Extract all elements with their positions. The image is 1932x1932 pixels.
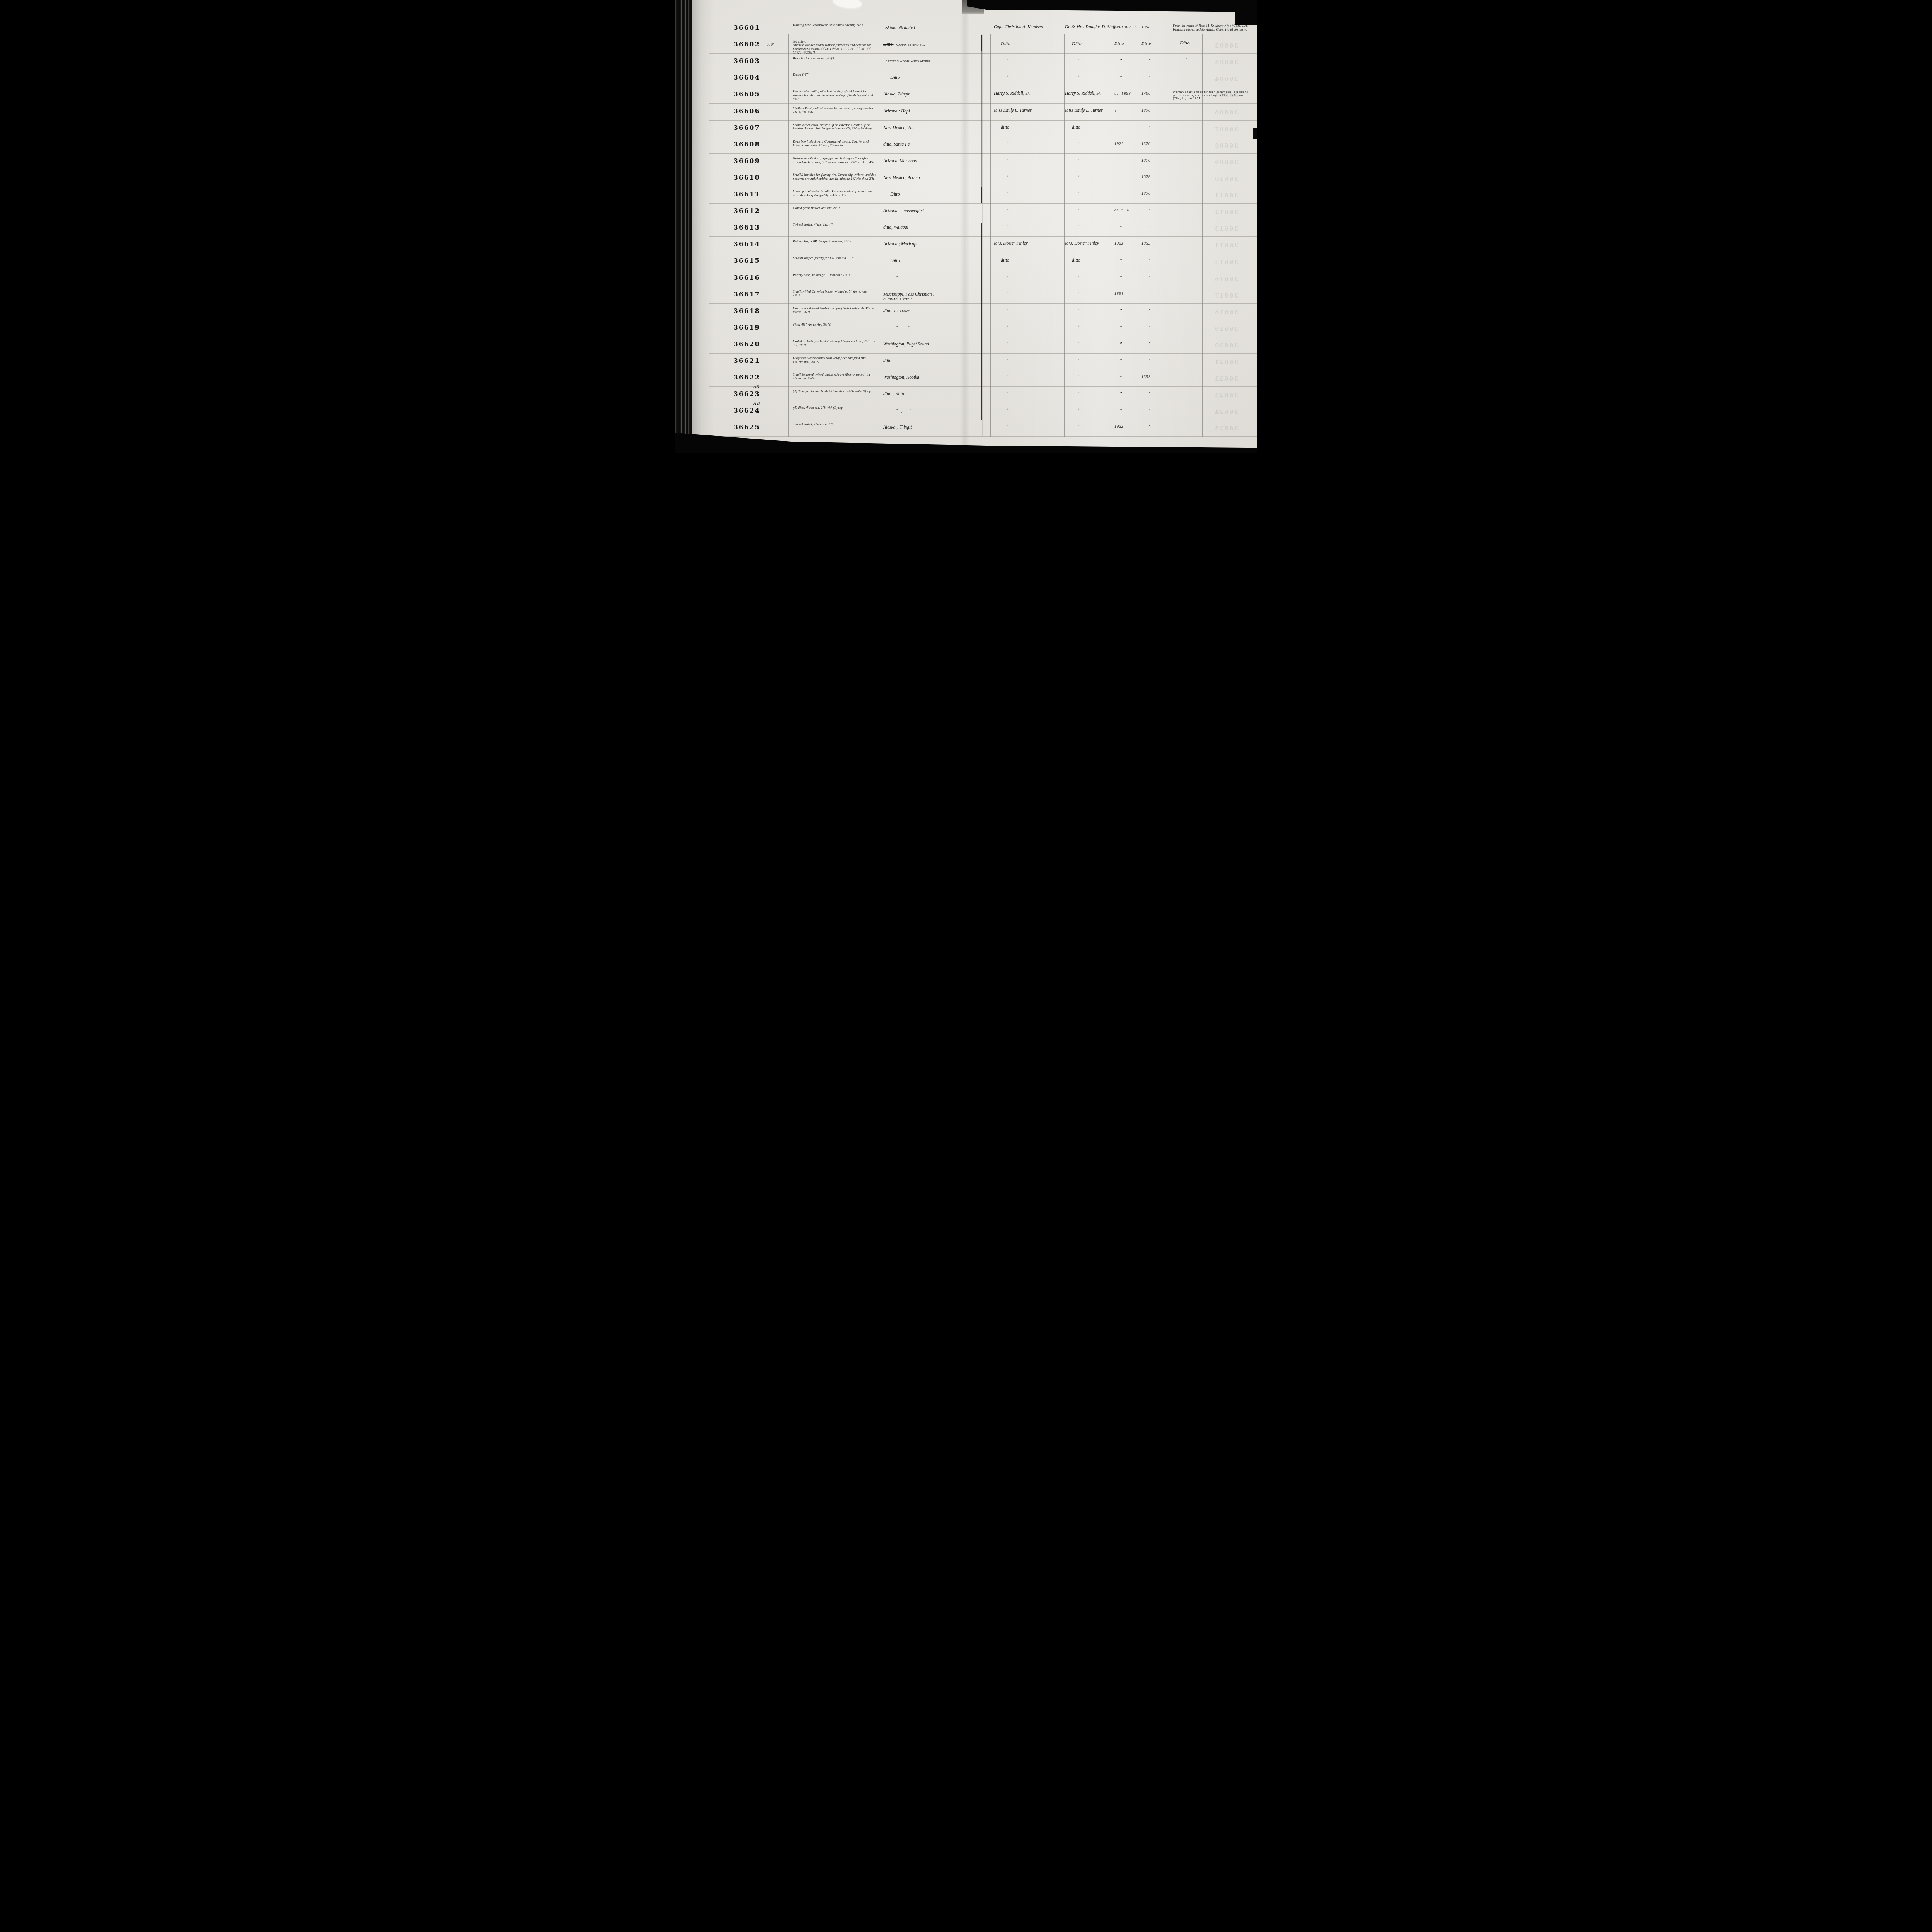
collector-cell: Harry S. Riddell, Sr.	[994, 91, 1062, 96]
description-text: Twined basket, 4"rim dia, 4"h	[793, 223, 876, 227]
origin-line: Alaska, Tlingit	[883, 90, 987, 97]
description-text: Deep bowl, blackware Constructed mouth, …	[793, 140, 876, 148]
accession-number-cell: ″	[1141, 258, 1175, 263]
description-cell: Shallow oval bowl, brown slip on exterio…	[793, 123, 876, 131]
date-cell: ″	[1114, 75, 1144, 80]
origin-cell: ditto, Walapai	[883, 224, 987, 231]
collector-cell: ″	[994, 224, 1074, 230]
origin-attribution-note: KODIAK ESKIMO att.	[896, 43, 925, 46]
ghost-number: 36607	[1214, 126, 1238, 133]
remarks-cell: Ditto	[1173, 41, 1257, 46]
origin-cell: ditto , ditto	[883, 390, 987, 397]
collector-cell: ditto	[994, 258, 1069, 263]
origin-line: EASTERN WOODLANDS ATTRIB.	[883, 57, 987, 64]
row-rule-line	[709, 153, 1257, 154]
catalog-number: 36610	[733, 174, 760, 182]
date-cell: ″	[1114, 375, 1144, 380]
origin-cell: ″	[883, 274, 987, 281]
row-rule-line	[709, 53, 1257, 54]
row-rule-line	[709, 137, 1257, 137]
origin-cell: Ditto	[883, 74, 987, 81]
donor-cell: ditto	[1065, 125, 1133, 130]
ledger-page: 3660136602366033660436605366063660736608…	[692, 0, 1257, 453]
collector-cell: ″	[994, 158, 1074, 163]
ghost-number: 36622	[1214, 375, 1238, 382]
ghost-number: 36621	[1214, 359, 1238, 366]
origin-cell: Ditto KODIAK ESKIMO att.	[883, 41, 987, 48]
catalog-number: 36612	[733, 207, 760, 215]
photo-edge-notch	[1253, 128, 1257, 139]
date-cell: ″	[1114, 358, 1144, 363]
origin-line: Ditto	[883, 74, 987, 81]
ghost-number: 36606	[1214, 109, 1238, 116]
accession-number-cell: ″	[1141, 358, 1175, 363]
collector-cell: ″	[994, 58, 1074, 63]
accession-number-cell: 1376	[1141, 142, 1168, 146]
description-text: Coiled dish-shaped basket w/wavy fiber-b…	[793, 340, 876, 347]
ghost-number: 36612	[1214, 209, 1238, 216]
description-cell: (A) Wrapped twined basket 4"rim dia.; 3¾…	[793, 389, 876, 393]
description-cell: Diagonal twined basket with wavy fiber-w…	[793, 356, 876, 364]
origin-cell: ditto, Santa Fe	[883, 141, 987, 148]
origin-text: Alaska , Tlingit	[883, 425, 912, 430]
remarks-cell: ″	[1173, 74, 1257, 79]
origin-cell: ″ , ″	[883, 407, 987, 414]
remarks-cell: ″	[1173, 57, 1257, 62]
row-rule-line	[709, 270, 1257, 270]
collector-cell: ″	[994, 275, 1074, 280]
accession-number-cell: 1376	[1141, 192, 1168, 196]
date-cell: ″	[1114, 391, 1144, 396]
ghost-number: 36613	[1214, 225, 1238, 232]
date-cell: 1923	[1114, 241, 1138, 246]
origin-line: ditto, Walapai	[883, 224, 987, 231]
origin-line: Ditto	[883, 257, 987, 264]
description-cell: Narrow mouthed jar, squiggle hatch desig…	[793, 156, 876, 164]
catalog-number: 36609	[733, 157, 760, 165]
description-cell: Twined basket, 4"rim dia. 4"h.	[793, 423, 876, 427]
accession-number-cell: 1376	[1141, 175, 1168, 179]
origin-line: Alaska , Tlingit	[883, 423, 987, 430]
accession-number-cell: ″	[1141, 391, 1175, 396]
accession-number-cell: ″	[1141, 292, 1175, 297]
date-cell: ″	[1114, 225, 1144, 230]
catalog-number: 36608	[733, 141, 760, 148]
origin-cell: Arizona : Hopi	[883, 107, 987, 114]
ghost-number: 36614	[1214, 242, 1238, 249]
origin-line: New Mexico, Acoma	[883, 174, 987, 181]
ghost-number: 36608	[1214, 142, 1238, 149]
donor-cell: ″	[1065, 175, 1138, 180]
origin-line: Mississippi, Pass Christian ;	[883, 291, 987, 298]
description-cell: Ovoid pot w/twisted handle. Exterior whi…	[793, 190, 876, 197]
collector-cell: ″	[994, 341, 1074, 346]
row-rule-line	[709, 420, 1257, 420]
origin-line: ditto	[883, 357, 987, 364]
date-cell: ″	[1114, 342, 1144, 347]
ghost-number: 36617	[1214, 292, 1238, 299]
row-rule-line	[709, 70, 1257, 70]
origin-attribution-note: EASTERN WOODLANDS ATTRIB.	[886, 60, 931, 63]
ledger-photo: 3660136602366033660436605366063660736608…	[675, 0, 1257, 453]
photo-background-corner	[1235, 0, 1257, 25]
collector-cell: ″	[994, 175, 1074, 180]
origin-text: ditto, Santa Fe	[883, 142, 910, 147]
row-rule-line	[709, 287, 1257, 287]
description-cell: Small twilled Carrying basket w/handle; …	[793, 290, 876, 298]
origin-line: Arizona — unspecified	[883, 207, 987, 214]
ghost-number: 36609	[1214, 159, 1238, 166]
collector-cell: ″	[994, 391, 1074, 396]
collector-cell: ″	[994, 191, 1074, 196]
date-cell: 1894	[1114, 292, 1138, 296]
row-rule-line	[709, 253, 1257, 253]
ghost-number: 36623	[1214, 392, 1238, 399]
row-rule-line	[709, 403, 1257, 403]
row-rule-line	[709, 436, 1257, 437]
origin-cell: ″ ″	[883, 324, 987, 331]
column-rule-line	[788, 34, 789, 437]
origin-line: Arizona, Maricopa	[883, 157, 987, 164]
origin-line: Arizona ; Maricopa	[883, 240, 987, 247]
catalog-number: 36620	[733, 340, 760, 348]
description-cell: Small Wrapped twined basket w/wavy fiber…	[793, 373, 876, 381]
catalog-number: 36624	[733, 407, 760, 415]
accession-number-cell: 1353 —	[1141, 375, 1168, 379]
catalog-suffix: A-F	[767, 43, 774, 47]
catalog-number: 36601	[733, 24, 760, 32]
origin-text: ″ , ″	[883, 408, 911, 413]
origin-text: Arizona : Hopi	[883, 109, 910, 114]
origin-cell: Arizona — unspecified	[883, 207, 987, 214]
origin-cell: Washington, Nootka	[883, 374, 987, 381]
origin-line: ″ , ″	[883, 407, 987, 414]
ghost-number: 36619	[1214, 325, 1238, 332]
collector-cell: ″	[994, 291, 1074, 296]
date-cell: ?	[1114, 109, 1138, 113]
collector-cell: ditto	[994, 125, 1069, 130]
collector-cell: Ditto	[994, 41, 1069, 46]
origin-text: Washington, Nootka	[883, 375, 919, 380]
origin-cell: ditto	[883, 357, 987, 364]
origin-text: ditto	[883, 359, 891, 363]
origin-line: Ditto KODIAK ESKIMO att.	[883, 41, 987, 48]
origin-text: Ditto	[883, 75, 900, 80]
remarks-cell: Woman's rattle used for high ceremonial …	[1173, 90, 1253, 100]
date-cell: Ditto	[1114, 42, 1138, 46]
catalog-number: 36616	[733, 274, 760, 282]
origin-cell: EASTERN WOODLANDS ATTRIB.	[883, 57, 987, 64]
row-rule-line	[709, 337, 1257, 337]
row-rule-line	[709, 370, 1257, 370]
description-text: Coiled grass basket, 4½"dia. 2½"h	[793, 206, 876, 210]
collector-cell: ″	[994, 325, 1074, 330]
origin-attribution-note: CHITIMACHA ATTRIB.	[883, 298, 987, 301]
origin-cell: Ditto	[883, 190, 987, 197]
row-rule-line	[709, 187, 1257, 187]
donor-cell: ″	[1065, 191, 1138, 196]
ghost-number: 36615	[1214, 259, 1238, 265]
accession-number-cell: ″	[1141, 75, 1175, 80]
catalog-number: 36606	[733, 107, 760, 115]
description-cell: Birch bark canoe model; 8¼"l	[793, 56, 876, 60]
origin-text: ditto , ditto	[883, 392, 904, 396]
description-cell: Coiled dish-shaped basket w/wavy fiber-b…	[793, 340, 876, 347]
date-cell: ″	[1114, 275, 1144, 280]
description-cell: Small 2-handled jar, flaring rim. Cream …	[793, 173, 876, 181]
catalog-number: 36603	[733, 57, 760, 65]
accession-number-cell: 1353	[1141, 241, 1168, 246]
accession-number-cell: ″	[1141, 275, 1175, 280]
ghost-number: 36624	[1214, 408, 1238, 415]
catalog-number: 36623	[733, 390, 760, 398]
description-text: Twined basket, 4"rim dia. 4"h.	[793, 423, 876, 427]
description-text: Shallow oval bowl, brown slip on exterio…	[793, 123, 876, 131]
description-text: Deer-hoofed rattle; attached by strip of…	[793, 90, 876, 101]
description-text: Small 2-handled jar, flaring rim. Cream …	[793, 173, 876, 181]
accession-number-cell: 1376	[1141, 109, 1168, 113]
origin-cell: Arizona ; Maricopa	[883, 240, 987, 247]
date-cell: ″	[1114, 408, 1144, 413]
description-text: Ovoid pot w/twisted handle. Exterior whi…	[793, 190, 876, 197]
collector-cell: ″	[994, 408, 1074, 413]
origin-line: ditto , ditto	[883, 390, 987, 397]
row-rule-line	[709, 37, 1257, 37]
column-rule-line	[990, 34, 991, 437]
description-text: Small twilled Carrying basket w/handle; …	[793, 290, 876, 298]
catalog-number: 36605	[733, 90, 760, 98]
accession-number-cell: 1376	[1141, 158, 1168, 163]
row-rule-line	[709, 386, 1257, 387]
description-text: (A) ditto, 4"rim dia. 2"h with (B) top	[793, 406, 876, 410]
accession-number-cell: ″	[1141, 225, 1175, 230]
origin-cell: Alaska, Tlingit	[883, 90, 987, 97]
origin-text: Alaska, Tlingit	[883, 92, 910, 97]
description-cell: Cone-shaped small twilled carrying baske…	[793, 306, 876, 314]
collector-cell: ″	[994, 374, 1074, 379]
accession-number-cell: ″	[1141, 125, 1175, 130]
origin-line: Arizona : Hopi	[883, 107, 987, 114]
description-text: Squash-shaped pottery jar 1¾" rim dia., …	[793, 256, 876, 260]
origin-cell: New Mexico, Acoma	[883, 174, 987, 181]
catalog-number: 36622	[733, 374, 760, 381]
origin-cell: Arizona, Maricopa	[883, 157, 987, 164]
description-text: (A) Wrapped twined basket 4"rim dia.; 3¾…	[793, 389, 876, 393]
origin-line: Washington, Nootka	[883, 374, 987, 381]
date-cell: ca. 1900-05	[1114, 25, 1138, 29]
origin-text: Ditto	[883, 258, 900, 263]
catalog-number: 36602	[733, 41, 760, 48]
collector-cell: Mrs. Dozier Finley	[994, 241, 1062, 246]
accession-number-cell: ″	[1141, 308, 1175, 313]
origin-text: ″	[883, 275, 898, 280]
origin-line: New Mexico, Zia	[883, 124, 987, 131]
remarks-cell: From the estate of Rose M. Knudsen wife …	[1173, 24, 1253, 32]
description-cell: Hunting bow - cedarwood with sinew backi…	[793, 23, 876, 27]
row-rule-line	[709, 303, 1257, 304]
ghost-number: 36616	[1214, 276, 1238, 282]
collector-cell: ″	[994, 358, 1074, 363]
description-text: Birch bark canoe model; 8¼"l	[793, 56, 876, 60]
description-cell: Deep bowl, blackware Constructed mouth, …	[793, 140, 876, 148]
origin-line: ditto, Santa Fe	[883, 141, 987, 148]
description-text: Cone-shaped small twilled carrying baske…	[793, 306, 876, 314]
accession-number-cell: ″	[1141, 342, 1175, 347]
catalog-number: 36618	[733, 307, 760, 315]
ghost-number: 36618	[1214, 309, 1238, 316]
date-cell: ″	[1114, 258, 1144, 263]
origin-line: Washington, Puget Sound	[883, 340, 987, 347]
accession-number-cell: Ditto	[1141, 42, 1168, 46]
ghost-number: 36625	[1214, 425, 1238, 432]
catalog-number: 36614	[733, 240, 760, 248]
origin-text: Mississippi, Pass Christian ;	[883, 292, 934, 297]
donor-cell: ″	[1065, 158, 1138, 163]
ghost-number: 36611	[1214, 192, 1238, 199]
catalog-suffix: A B	[753, 401, 760, 406]
origin-cell: Washington, Puget Sound	[883, 340, 987, 347]
catalog-number: 36604	[733, 74, 760, 82]
row-rule-line	[709, 87, 1257, 87]
origin-line: ″ ″	[883, 324, 987, 331]
row-rule-line	[709, 103, 1257, 104]
origin-cell: New Mexico, Zia	[883, 124, 987, 131]
description-cell: ditto; 4½" rim to rim, 3¾"d.	[793, 323, 876, 327]
catalog-number: 36615	[733, 257, 760, 265]
catalog-number: 36611	[733, 190, 760, 198]
catalog-number: 36617	[733, 291, 760, 298]
catalog-number: 36625	[733, 423, 760, 431]
origin-text: Arizona, Maricopa	[883, 159, 917, 163]
row-rule-line	[709, 353, 1257, 354]
description-text: Pottery Jar; 5 AB designs 3"rim dia; 4½"…	[793, 240, 876, 243]
origin-text: Eskimo attributed	[883, 26, 915, 30]
description-text: Narrow mouthed jar, squiggle hatch desig…	[793, 156, 876, 164]
origin-text: ″ ″	[883, 325, 910, 330]
origin-text: ditto	[883, 309, 891, 313]
origin-cell: dittoALL ABOVE	[883, 307, 987, 314]
date-cell: ca. 1898	[1114, 92, 1138, 96]
description-cell: Pottery Jar; 5 AB designs 3"rim dia; 4½"…	[793, 240, 876, 243]
description-cell: Ditto; 6½"l	[793, 73, 876, 77]
ghost-number: 36620	[1214, 342, 1238, 349]
description-text: Diagonal twined basket with wavy fiber-w…	[793, 356, 876, 364]
row-rule-line	[709, 170, 1257, 170]
ghost-number: 36610	[1214, 175, 1238, 182]
origin-text: Arizona — unspecified	[883, 209, 924, 213]
origin-text: Arizona ; Maricopa	[883, 242, 918, 247]
row-rule-line	[709, 220, 1257, 220]
description-cell: (A) ditto, 4"rim dia. 2"h with (B) top	[793, 406, 876, 410]
book-page-stack-edge	[675, 0, 692, 453]
description-text: Small Wrapped twined basket w/wavy fiber…	[793, 373, 876, 381]
origin-text: ditto, Walapai	[883, 225, 908, 230]
origin-line: dittoALL ABOVE	[883, 307, 987, 314]
row-rule-line	[709, 320, 1257, 320]
description-text: ditto; 4½" rim to rim, 3¾"d.	[793, 323, 876, 327]
origin-cell: Eskimo attributed	[883, 24, 987, 31]
description-text: Ditto; 6½"l	[793, 73, 876, 77]
date-cell: 1921	[1114, 142, 1138, 146]
description-cell: ⁄red stainedArrows; wooden shafts w/bone…	[793, 40, 876, 55]
collector-cell: ″	[994, 141, 1074, 146]
description-text: Hunting bow - cedarwood with sinew backi…	[793, 23, 876, 27]
date-cell: ″	[1114, 58, 1144, 63]
accession-number-cell: ″	[1141, 208, 1175, 213]
description-text: Arrows; wooden shafts w/bone foreshafts …	[793, 43, 876, 55]
origin-attribution-note: ALL ABOVE	[894, 310, 910, 313]
origin-text: New Mexico, Acoma	[883, 175, 920, 180]
date-cell: 1922	[1114, 425, 1138, 429]
accession-number-cell: 1398	[1141, 25, 1168, 29]
description-cell: Squash-shaped pottery jar 1¾" rim dia., …	[793, 256, 876, 260]
collector-cell: ″	[994, 308, 1074, 313]
collector-cell: Miss Emily L. Turner	[994, 108, 1062, 113]
origin-text: Ditto	[883, 191, 900, 197]
origin-struck-text: Ditto	[883, 42, 894, 47]
date-cell: ″	[1114, 325, 1144, 330]
date-cell: ca.1910	[1114, 208, 1138, 213]
row-rule-line	[709, 236, 1257, 237]
catalog-number: 36619	[733, 324, 760, 332]
catalog-number: 36621	[733, 357, 760, 365]
accession-number-cell: 1400	[1141, 92, 1168, 96]
row-rule-line	[709, 203, 1257, 204]
catalog-number: 36613	[733, 224, 760, 231]
origin-line: Eskimo attributed	[883, 24, 987, 31]
accession-number-cell: ″	[1141, 325, 1175, 330]
accession-number-cell: ″	[1141, 408, 1175, 413]
origin-cell: Alaska , Tlingit	[883, 423, 987, 430]
description-cell: Deer-hoofed rattle; attached by strip of…	[793, 90, 876, 101]
row-rule-line	[709, 120, 1257, 121]
origin-line: ″	[883, 274, 987, 281]
description-text: Pottery bowl, no design, 3"rim dia.; 2½"…	[793, 273, 876, 277]
collector-cell: ″	[994, 424, 1074, 429]
collector-cell: ″	[994, 75, 1074, 80]
description-cell: Coiled grass basket, 4½"dia. 2½"h	[793, 206, 876, 210]
description-cell: Twined basket, 4"rim dia, 4"h	[793, 223, 876, 227]
description-text: Shallow Bowl, buff w/interior brown desi…	[793, 107, 876, 114]
origin-line: Ditto	[883, 190, 987, 197]
date-cell: ″	[1114, 308, 1144, 313]
column-rule-line	[878, 34, 878, 437]
origin-text: New Mexico, Zia	[883, 126, 913, 130]
description-cell: Shallow Bowl, buff w/interior brown desi…	[793, 107, 876, 114]
collector-cell: Capt. Christian A. Knudsen	[994, 25, 1062, 30]
collector-cell: ″	[994, 208, 1074, 213]
description-cell: Pottery bowl, no design, 3"rim dia.; 2½"…	[793, 273, 876, 277]
origin-text: Washington, Puget Sound	[883, 342, 929, 347]
origin-cell: Mississippi, Pass Christian ;CHITIMACHA …	[883, 291, 987, 301]
origin-cell: Ditto	[883, 257, 987, 264]
catalog-number: 36607	[733, 124, 760, 132]
catalog-suffix: AB	[753, 384, 759, 389]
accession-number-cell: ″	[1141, 425, 1175, 430]
accession-number-cell: ″	[1141, 58, 1175, 63]
